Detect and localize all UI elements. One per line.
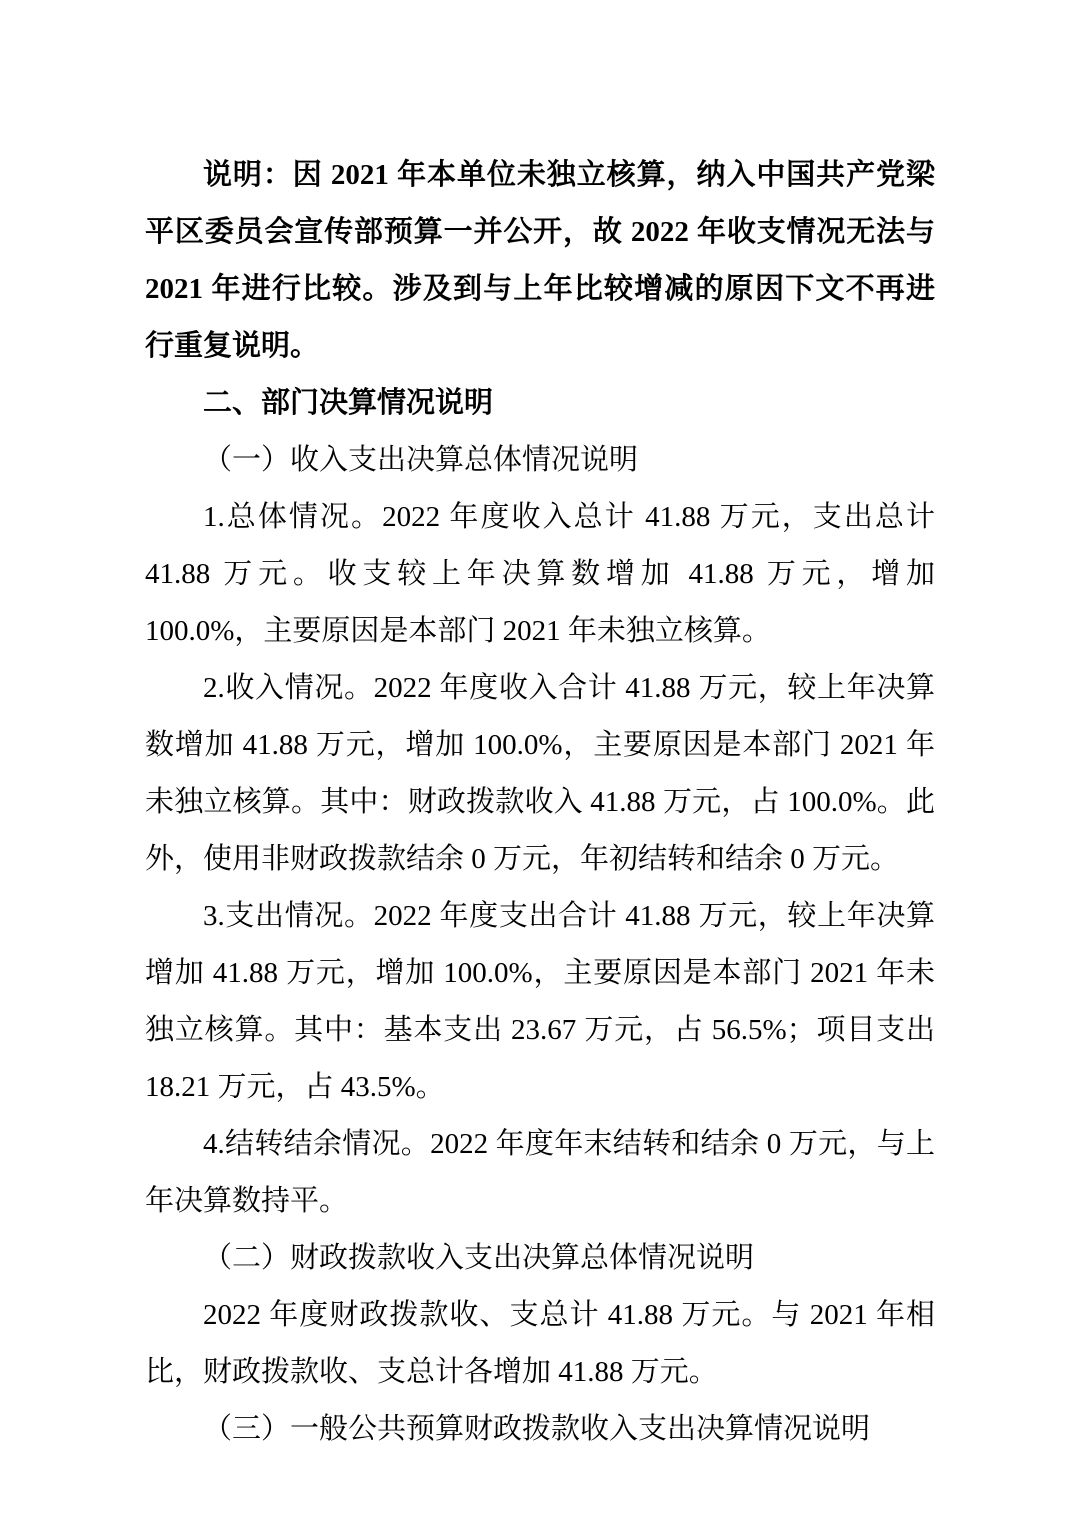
paragraph-fiscal-appropriation: 2022 年度财政拨款收、支总计 41.88 万元。与 2021 年相比，财政拨…: [145, 1287, 935, 1401]
paragraph-overall-situation: 1.总体情况。2022 年度收入总计 41.88 万元，支出总计 41.88 万…: [145, 489, 935, 660]
section-heading-final-accounts: 二、部门决算情况说明: [145, 375, 935, 432]
paragraph-income-situation: 2.收入情况。2022 年度收入合计 41.88 万元，较上年决算数增加 41.…: [145, 660, 935, 888]
note-paragraph: 说明：因 2021 年本单位未独立核算，纳入中国共产党梁平区委员会宣传部预算一并…: [145, 147, 935, 375]
paragraph-carryover-situation: 4.结转结余情况。2022 年度年末结转和结余 0 万元，与上年决算数持平。: [145, 1116, 935, 1230]
subsection-heading-general-public-budget: （三）一般公共预算财政拨款收入支出决算情况说明: [145, 1401, 935, 1458]
paragraph-expenditure-situation: 3.支出情况。2022 年度支出合计 41.88 万元，较上年决算增加 41.8…: [145, 888, 935, 1116]
subsection-heading-income-expenditure-overview: （一）收入支出决算总体情况说明: [145, 432, 935, 489]
document-page: 说明：因 2021 年本单位未独立核算，纳入中国共产党梁平区委员会宣传部预算一并…: [0, 0, 1074, 1520]
subsection-heading-fiscal-appropriation-overview: （二）财政拨款收入支出决算总体情况说明: [145, 1230, 935, 1287]
